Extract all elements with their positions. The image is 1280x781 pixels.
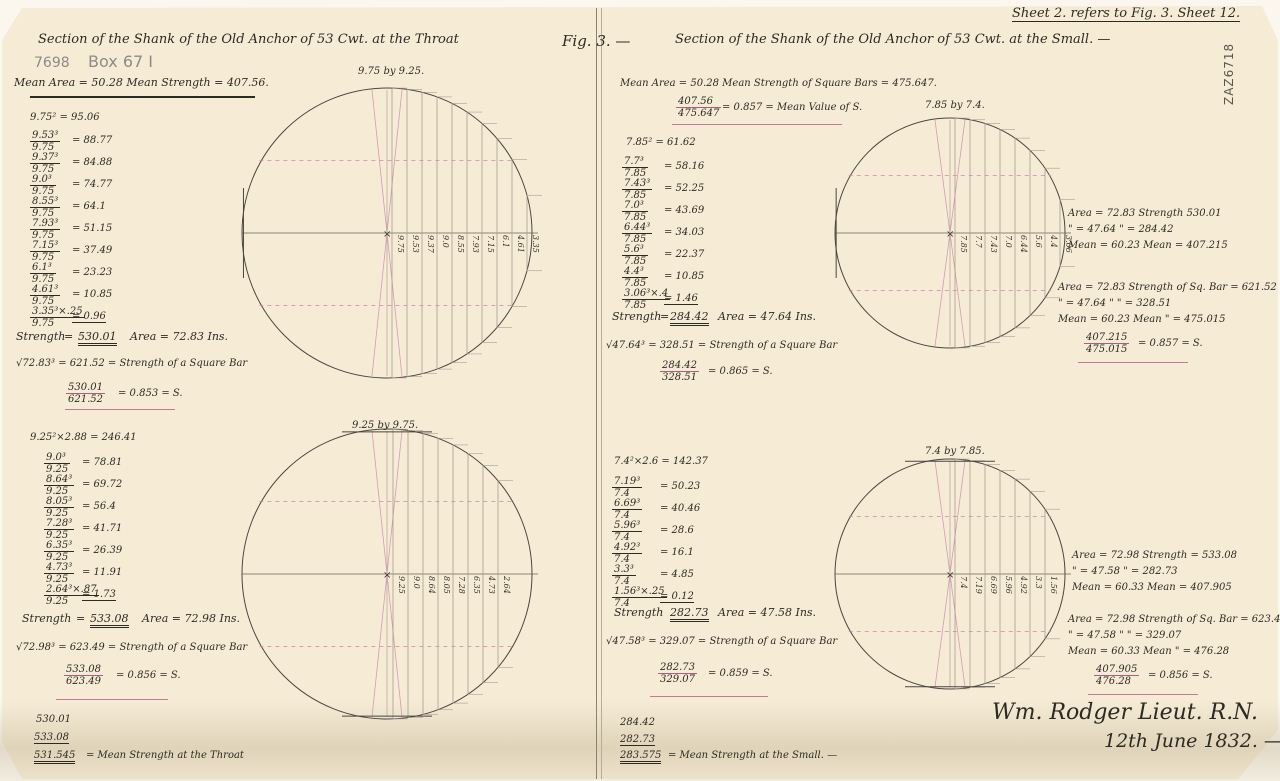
svg-text:×: × <box>383 229 391 240</box>
svg-text:1.56: 1.56 <box>1049 576 1058 594</box>
svg-text:8.64: 8.64 <box>427 576 436 594</box>
cross-section-diagrams: 9.759.539.379.08.557.937.156.14.613.35×9… <box>0 0 1280 781</box>
svg-text:9.0: 9.0 <box>441 235 450 248</box>
svg-text:7.28: 7.28 <box>457 576 466 594</box>
svg-text:×: × <box>946 229 954 240</box>
svg-text:7.19: 7.19 <box>974 576 983 594</box>
svg-text:×: × <box>946 570 954 581</box>
svg-text:9.75: 9.75 <box>396 235 405 253</box>
svg-text:9.25: 9.25 <box>397 576 406 594</box>
svg-text:9.0: 9.0 <box>412 576 421 589</box>
svg-text:8.55: 8.55 <box>456 235 465 253</box>
svg-text:6.69: 6.69 <box>989 576 998 594</box>
svg-text:7.4: 7.4 <box>959 576 968 589</box>
svg-text:5.6: 5.6 <box>1034 235 1043 248</box>
svg-text:6.35: 6.35 <box>472 576 481 594</box>
svg-text:4.92: 4.92 <box>1019 575 1028 594</box>
svg-text:9.37: 9.37 <box>426 235 435 254</box>
svg-text:7.43: 7.43 <box>989 235 998 253</box>
svg-text:3.06: 3.06 <box>1064 235 1073 253</box>
svg-text:5.96: 5.96 <box>1004 576 1013 594</box>
svg-text:×: × <box>383 570 391 581</box>
svg-text:7.93: 7.93 <box>471 235 480 253</box>
svg-text:9.53: 9.53 <box>411 235 420 253</box>
svg-text:8.05: 8.05 <box>442 576 451 594</box>
svg-text:7.85: 7.85 <box>959 235 968 253</box>
svg-text:3.35: 3.35 <box>531 235 540 253</box>
svg-text:2.64: 2.64 <box>502 575 511 594</box>
svg-text:7.15: 7.15 <box>486 235 495 253</box>
svg-text:4.73: 4.73 <box>487 575 496 594</box>
svg-text:7.7: 7.7 <box>974 235 983 249</box>
svg-text:7.0: 7.0 <box>1004 235 1013 248</box>
svg-text:6.1: 6.1 <box>501 235 510 248</box>
svg-text:3.3: 3.3 <box>1034 576 1043 589</box>
svg-text:4.4: 4.4 <box>1049 234 1058 248</box>
svg-text:6.44: 6.44 <box>1019 235 1028 253</box>
svg-text:4.61: 4.61 <box>516 234 525 253</box>
